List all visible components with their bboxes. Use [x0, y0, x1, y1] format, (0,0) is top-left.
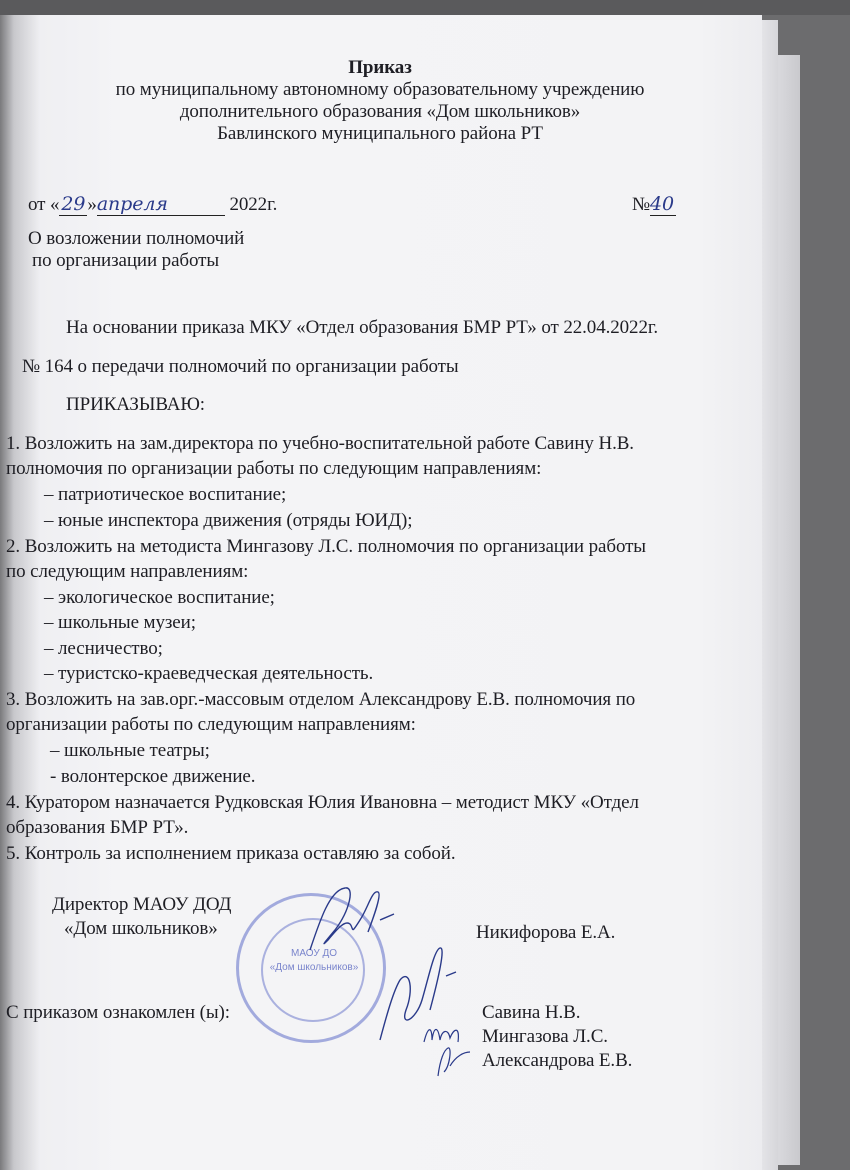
item-2-cont: по следующим направлениям: [6, 561, 248, 583]
signatory-position: «Дом школьников» [64, 918, 218, 940]
acknowledged-name: Александрова Е.В. [482, 1050, 632, 1072]
item-2: 2. Возложить на методиста Мингазову Л.С.… [6, 536, 646, 558]
subject-line: по организации работы [32, 250, 219, 272]
date-month: апреля [97, 193, 225, 216]
item-4-cont: образования БМР РТ». [6, 817, 188, 839]
acknowledged-name: Савина Н.В. [482, 1002, 580, 1024]
scanner-top-edge [0, 0, 850, 15]
sub-item: – школьные театры; [50, 740, 210, 762]
signatory-name: Никифорова Е.А. [476, 922, 615, 944]
sub-item: – лесничество; [44, 638, 163, 660]
item-1: 1. Возложить на зам.директора по учебно-… [6, 433, 708, 455]
acknowledgement-signatures [420, 1016, 484, 1080]
sub-item: – туристско-краеведческая деятельность. [44, 663, 373, 685]
sub-item: – патриотическое воспитание; [44, 484, 286, 506]
order-number: №40 [632, 193, 676, 216]
item-3-cont: организации работы по следующим направле… [6, 714, 416, 736]
acknowledged-label: С приказом ознакомлен (ы): [6, 1002, 230, 1024]
order-word: ПРИКАЗЫВАЮ: [66, 394, 205, 416]
sub-item: – школьные музеи; [44, 612, 196, 634]
signatory-position: Директор МАОУ ДОД [52, 894, 231, 916]
item-4: 4. Куратором назначается Рудковская Юлия… [6, 792, 639, 814]
sub-item: – юные инспектора движения (отряды ЮИД); [44, 510, 412, 532]
header-line: дополнительного образования «Дом школьни… [40, 101, 720, 123]
basis-line: № 164 о передачи полномочий по организац… [22, 356, 459, 378]
acknowledged-name: Мингазова Л.С. [482, 1026, 608, 1048]
order-date: от «29»апреля 2022г. [28, 193, 277, 216]
basis-line: На основании приказа МКУ «Отдел образова… [66, 317, 658, 339]
document-title: Приказ [40, 57, 720, 79]
item-3: 3. Возложить на зав.орг.-массовым отдело… [6, 689, 635, 711]
sub-item: – экологическое воспитание; [44, 587, 275, 609]
subject-line: О возложении полномочий [28, 228, 244, 250]
header-line: Бавлинского муниципального района РТ [40, 123, 720, 145]
item-5: 5. Контроль за исполнением приказа остав… [6, 843, 455, 865]
date-day: 29 [59, 193, 87, 216]
sub-item: - волонтерское движение. [50, 766, 255, 788]
date-year: 2022г. [229, 194, 277, 215]
item-1-cont: полномочия по организации работы по след… [6, 458, 541, 480]
header-line: по муниципальному автономному образовате… [40, 79, 720, 101]
